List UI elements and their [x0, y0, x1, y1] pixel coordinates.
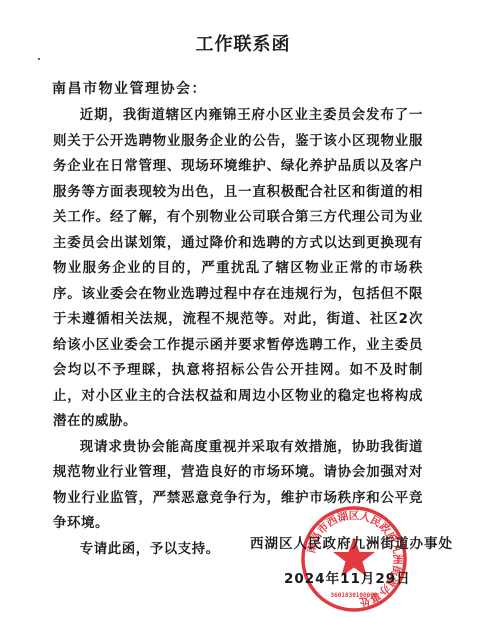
document-title: 工作联系函 [0, 30, 486, 56]
scan-speck [38, 58, 40, 60]
official-seal-icon: 南昌市西湖区人民政府九洲街道办事处 3601030100000 [300, 505, 408, 613]
issue-date: 2024年11月29日 [284, 567, 411, 587]
seal-serial: 3601030100000 [331, 592, 378, 599]
paragraph-1: 近期，我街道辖区内雍锦王府小区业主委员会发布了一则关于公开选聘物业服务企业的公告… [53, 103, 423, 435]
letter-body: 近期，我街道辖区内雍锦王府小区业主委员会发布了一则关于公开选聘物业服务企业的公告… [53, 103, 423, 562]
salutation: 南昌市物业管理协会： [52, 78, 207, 98]
issuer-signature: 西湖区人民政府九洲街道办事处 [250, 532, 453, 552]
letter-page: 工作联系函 南昌市物业管理协会： 近期，我街道辖区内雍锦王府小区业主委员会发布了… [0, 0, 486, 618]
